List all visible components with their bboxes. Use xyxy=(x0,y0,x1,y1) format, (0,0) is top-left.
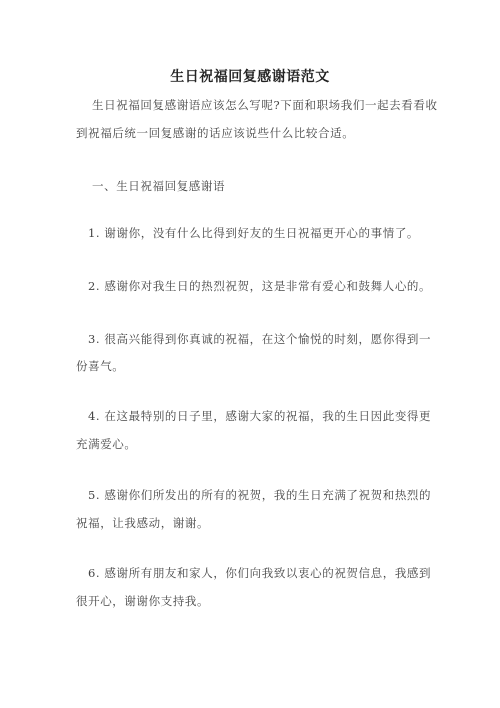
document-page: 生日祝福回复感谢语范文 生日祝福回复感谢语应该怎么写呢?下面和职场我们一起去看看… xyxy=(0,0,500,708)
intro-line-1: 生日祝福回复感谢语应该怎么写呢?下面和职场我们一起去看看收 xyxy=(92,97,438,113)
list-item-4-line-2: 充满爱心。 xyxy=(76,436,137,452)
list-item-5-line-1: 5. 感谢你们所发出的所有的祝贺，我的生日充满了祝贺和热烈的 xyxy=(88,487,431,503)
list-item-6-line-1: 6. 感谢所有朋友和家人，你们向我致以衷心的祝贺信息，我感到 xyxy=(88,565,431,581)
document-title: 生日祝福回复感谢语范文 xyxy=(0,66,500,86)
list-item-3-line-1: 3. 很高兴能得到你真诚的祝福，在这个愉悦的时刻，愿你得到一 xyxy=(88,331,431,347)
intro-line-2: 到祝福后统一回复感谢的话应该说些什么比较合适。 xyxy=(76,125,354,141)
list-item-6-line-2: 很开心，谢谢你支持我。 xyxy=(76,593,209,609)
section-heading: 一、生日祝福回复感谢语 xyxy=(92,178,225,194)
list-item-5-line-2: 祝福，让我感动，谢谢。 xyxy=(76,515,209,531)
list-item-4-line-1: 4. 在这最特别的日子里，感谢大家的祝福，我的生日因此变得更 xyxy=(88,408,431,424)
list-item-3-line-2: 份喜气。 xyxy=(76,358,124,374)
list-item-2-line-1: 2. 感谢你对我生日的热烈祝贺，这是非常有爱心和鼓舞人心的。 xyxy=(88,278,431,294)
list-item-1-line-1: 1. 谢谢你，没有什么比得到好友的生日祝福更开心的事情了。 xyxy=(88,225,419,241)
